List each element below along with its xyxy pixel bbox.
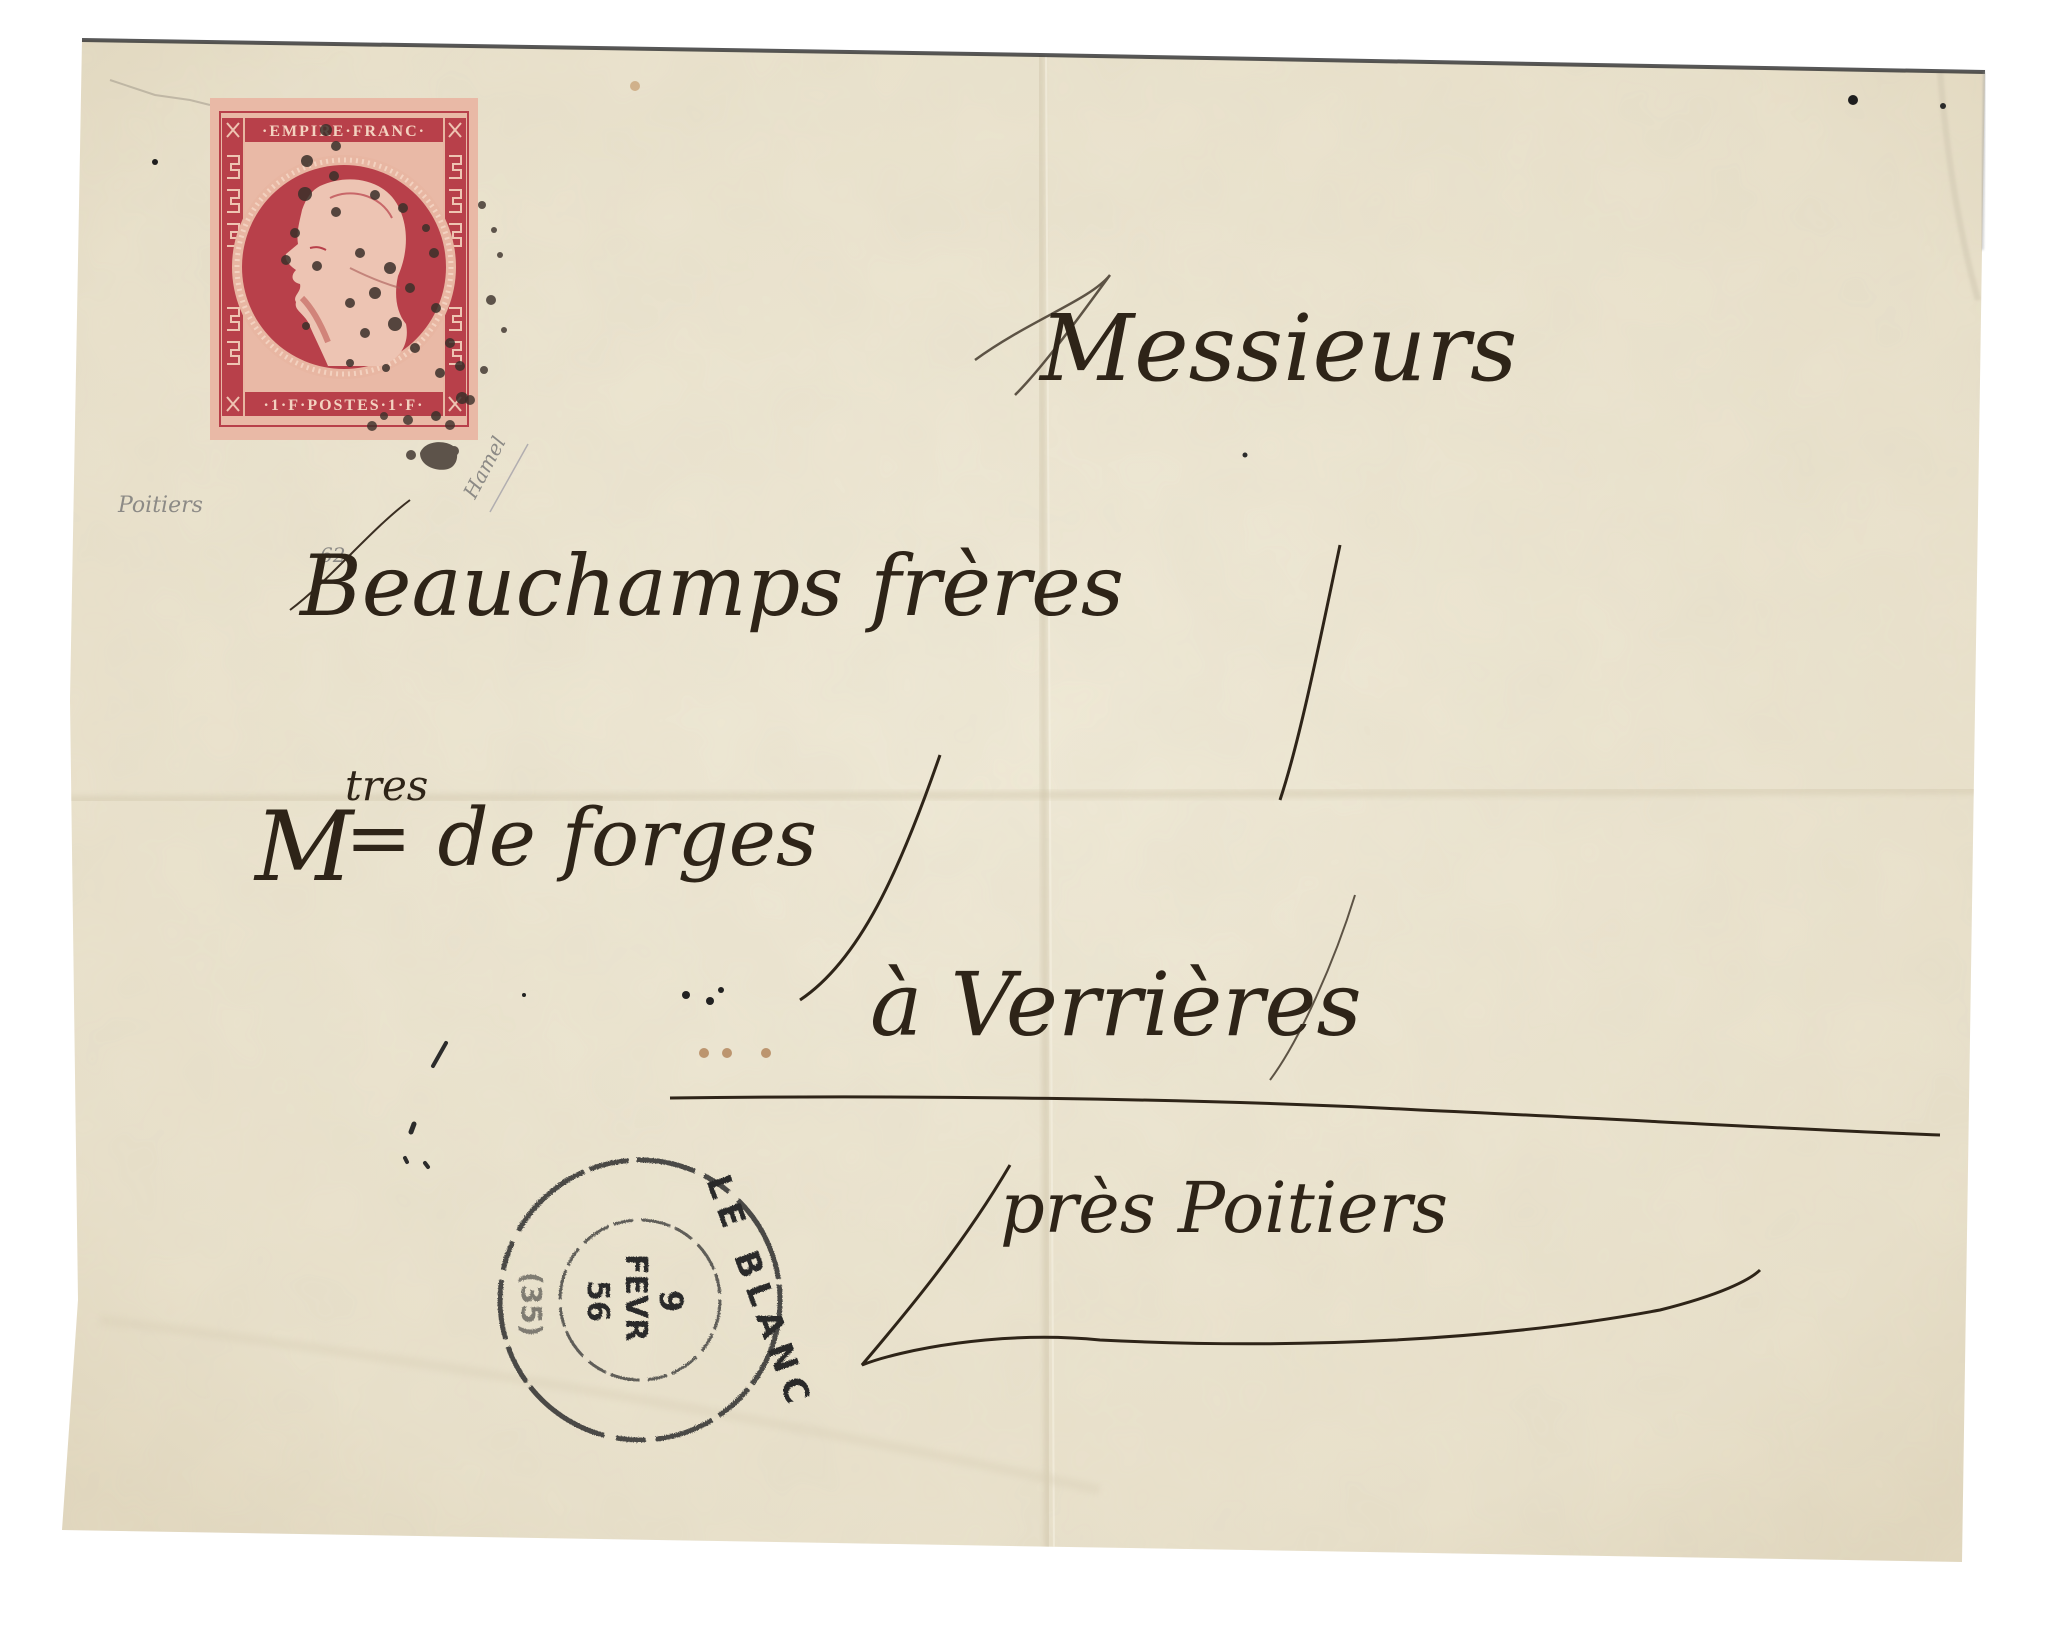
- postmark-month: FEVR: [618, 1254, 653, 1341]
- stamp-bottom-label: ·1·F·POSTES·1·F·: [264, 397, 425, 414]
- stamp-top-label: ·EMPIRE·FRANC·: [262, 123, 426, 140]
- postmark-department: (35): [515, 1272, 548, 1337]
- address-line-2: Beauchamps frères: [298, 537, 1124, 635]
- postmark-year: 56: [580, 1280, 615, 1322]
- postmark-day: 9: [652, 1290, 690, 1312]
- address-line-5: près Poitiers: [1000, 1167, 1448, 1249]
- cover-scene: ·EMPIRE·FRANC· ·1·F·POSTES·1·F·: [0, 0, 2048, 1640]
- svg-text:M: M: [253, 791, 356, 903]
- postage-stamp: ·EMPIRE·FRANC· ·1·F·POSTES·1·F·: [210, 98, 478, 440]
- svg-text:= de forges: = de forges: [345, 791, 817, 884]
- address-line-4: à Verrières: [870, 953, 1362, 1056]
- pencil-note-left: Poitiers: [117, 493, 203, 518]
- address-line-1: Messieurs: [1038, 295, 1517, 402]
